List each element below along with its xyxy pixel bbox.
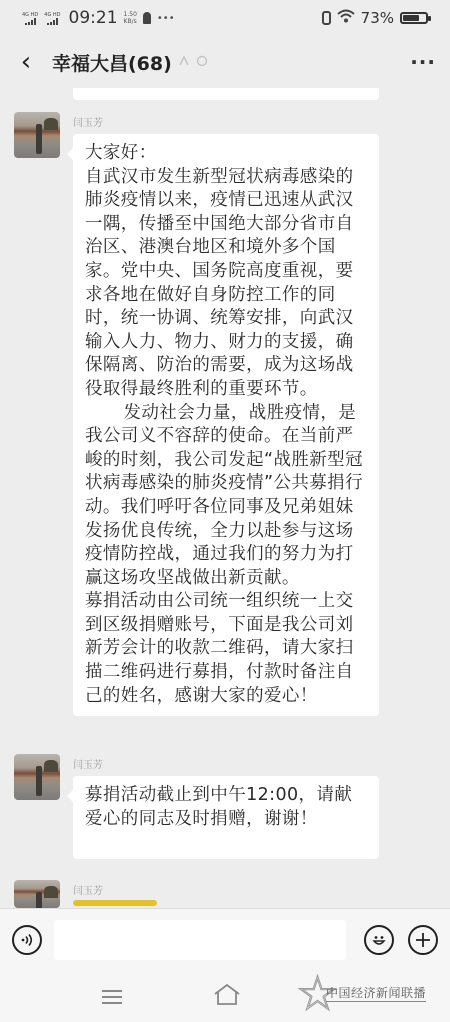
mute-icon	[178, 55, 190, 70]
more-notifications-icon: •••	[157, 13, 175, 24]
battery-icon	[400, 12, 428, 24]
sender-name: 闫玉芳	[73, 114, 103, 129]
message-input[interactable]	[54, 920, 346, 960]
voice-input-button[interactable]	[12, 925, 42, 955]
clock: 09:21	[69, 8, 118, 28]
message-paragraph: 募捐活动截止到中午12:00，请献爱心的同志及时捐赠，谢谢！	[85, 784, 367, 831]
cellular-signal-icon-2: 4G HD	[44, 12, 60, 25]
sender-name: 闫玉芳	[73, 882, 103, 897]
chat-title: 幸福大昌(68)	[52, 49, 172, 76]
status-left: 4G HD 4G HD 09:21 1.50 KB/s •••	[22, 8, 175, 28]
menu-icon[interactable]	[102, 990, 122, 1008]
avatar[interactable]	[14, 880, 60, 908]
message-paragraph: 大家好：	[85, 142, 367, 166]
vibrate-icon	[322, 11, 331, 25]
net-speed-unit: KB/s	[124, 18, 137, 25]
chat-header: ‹ 幸福大昌(68) ···	[0, 36, 450, 88]
chat-messages[interactable]: 闫玉芳 大家好： 自武汉市发生新型冠状病毒感染的肺炎疫情以来，疫情已迅速从武汉一…	[0, 88, 450, 908]
watermark-text: 中国经济新闻联播	[326, 984, 426, 1002]
wifi-icon	[337, 9, 355, 27]
watermark-logo: ☆ 中国经济新闻联播	[296, 970, 446, 1018]
status-right: 73%	[322, 9, 428, 27]
message-input-bar	[0, 908, 450, 970]
battery-percent: 73%	[361, 9, 394, 27]
avatar[interactable]	[14, 112, 60, 158]
emoji-button[interactable]	[364, 925, 394, 955]
message-paragraph: 自武汉市发生新型冠状病毒感染的肺炎疫情以来，疫情已迅速从武汉一隅，传播至中国绝大…	[85, 166, 367, 402]
do-not-disturb-icon	[196, 55, 208, 70]
emoji-icon	[369, 930, 389, 950]
plus-icon	[415, 932, 431, 948]
message-paragraph: 募捐活动由公司统一组织统一上交到区级捐赠账号，下面是我公司刘新芳会计的收款二维码…	[85, 590, 367, 708]
home-icon[interactable]	[212, 982, 242, 1008]
more-options-icon[interactable]: ···	[410, 50, 436, 74]
notification-app-icon	[143, 12, 151, 24]
message-bubble-partial[interactable]	[73, 900, 157, 906]
status-bar: 4G HD 4G HD 09:21 1.50 KB/s ••• 73%	[0, 0, 450, 36]
net-speed-value: 1.50	[124, 11, 137, 18]
message-paragraph: 发动社会力量，战胜疫情，是我公司义不容辞的使命。在当前严峻的时刻，我公司发起“战…	[85, 402, 367, 591]
sender-name: 闫玉芳	[73, 756, 103, 771]
message-bubble[interactable]: 募捐活动截止到中午12:00，请献爱心的同志及时捐赠，谢谢！	[73, 776, 379, 859]
cellular-signal-icon: 4G HD	[22, 12, 38, 25]
message-bubble[interactable]: 大家好： 自武汉市发生新型冠状病毒感染的肺炎疫情以来，疫情已迅速从武汉一隅，传播…	[73, 134, 379, 716]
back-icon[interactable]: ‹	[14, 50, 38, 74]
previous-message-bubble[interactable]	[73, 88, 379, 100]
voice-icon	[19, 932, 35, 948]
avatar[interactable]	[14, 754, 60, 800]
network-speed: 1.50 KB/s	[124, 11, 137, 25]
more-functions-button[interactable]	[408, 925, 438, 955]
